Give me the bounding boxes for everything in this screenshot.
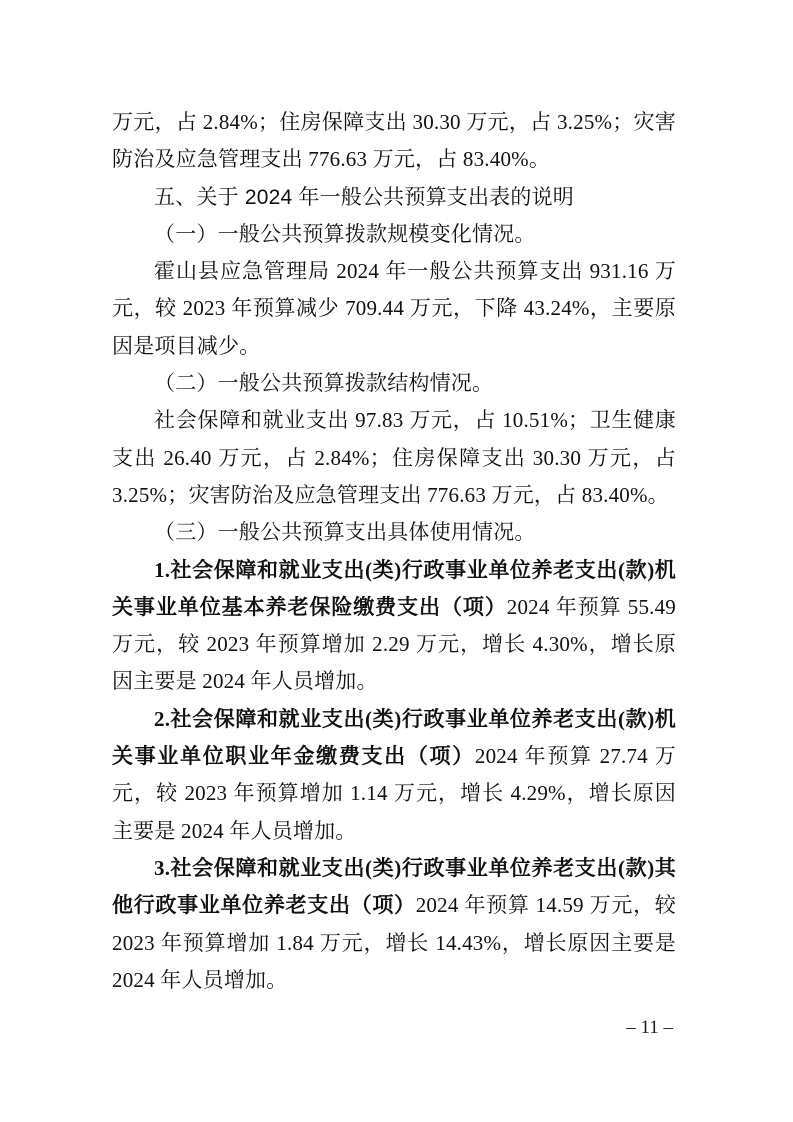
subsection-heading-three: （三）一般公共预算支出具体使用情况。 <box>112 514 676 551</box>
subsection-heading-two: （二）一般公共预算拨款结构情况。 <box>112 365 676 402</box>
paragraph-continuation: 万元，占 2.84%；住房保障支出 30.30 万元，占 3.25%；灾害防治及… <box>112 104 676 179</box>
paragraph-budget-scale: 霍山县应急管理局 2024 年一般公共预算支出 931.16 万元，较 2023… <box>112 253 676 365</box>
page-number: – 11 – <box>626 1014 673 1042</box>
section-heading-five: 五、关于 2024 年一般公共预算支出表的说明 <box>112 179 676 216</box>
paragraph-item-1: 1.社会保障和就业支出(类)行政事业单位养老支出(款)机关事业单位基本养老保险缴… <box>112 552 676 701</box>
paragraph-budget-structure: 社会保障和就业支出 97.83 万元，占 10.51%；卫生健康支出 26.40… <box>112 402 676 514</box>
paragraph-item-3: 3.社会保障和就业支出(类)行政事业单位养老支出(款)其他行政事业单位养老支出（… <box>112 850 676 999</box>
paragraph-item-2: 2.社会保障和就业支出(类)行政事业单位养老支出(款)机关事业单位职业年金缴费支… <box>112 701 676 850</box>
document-body: 万元，占 2.84%；住房保障支出 30.30 万元，占 3.25%；灾害防治及… <box>112 104 676 999</box>
document-page: 万元，占 2.84%；住房保障支出 30.30 万元，占 3.25%；灾害防治及… <box>0 0 793 1122</box>
subsection-heading-one: （一）一般公共预算拨款规模变化情况。 <box>112 216 676 253</box>
